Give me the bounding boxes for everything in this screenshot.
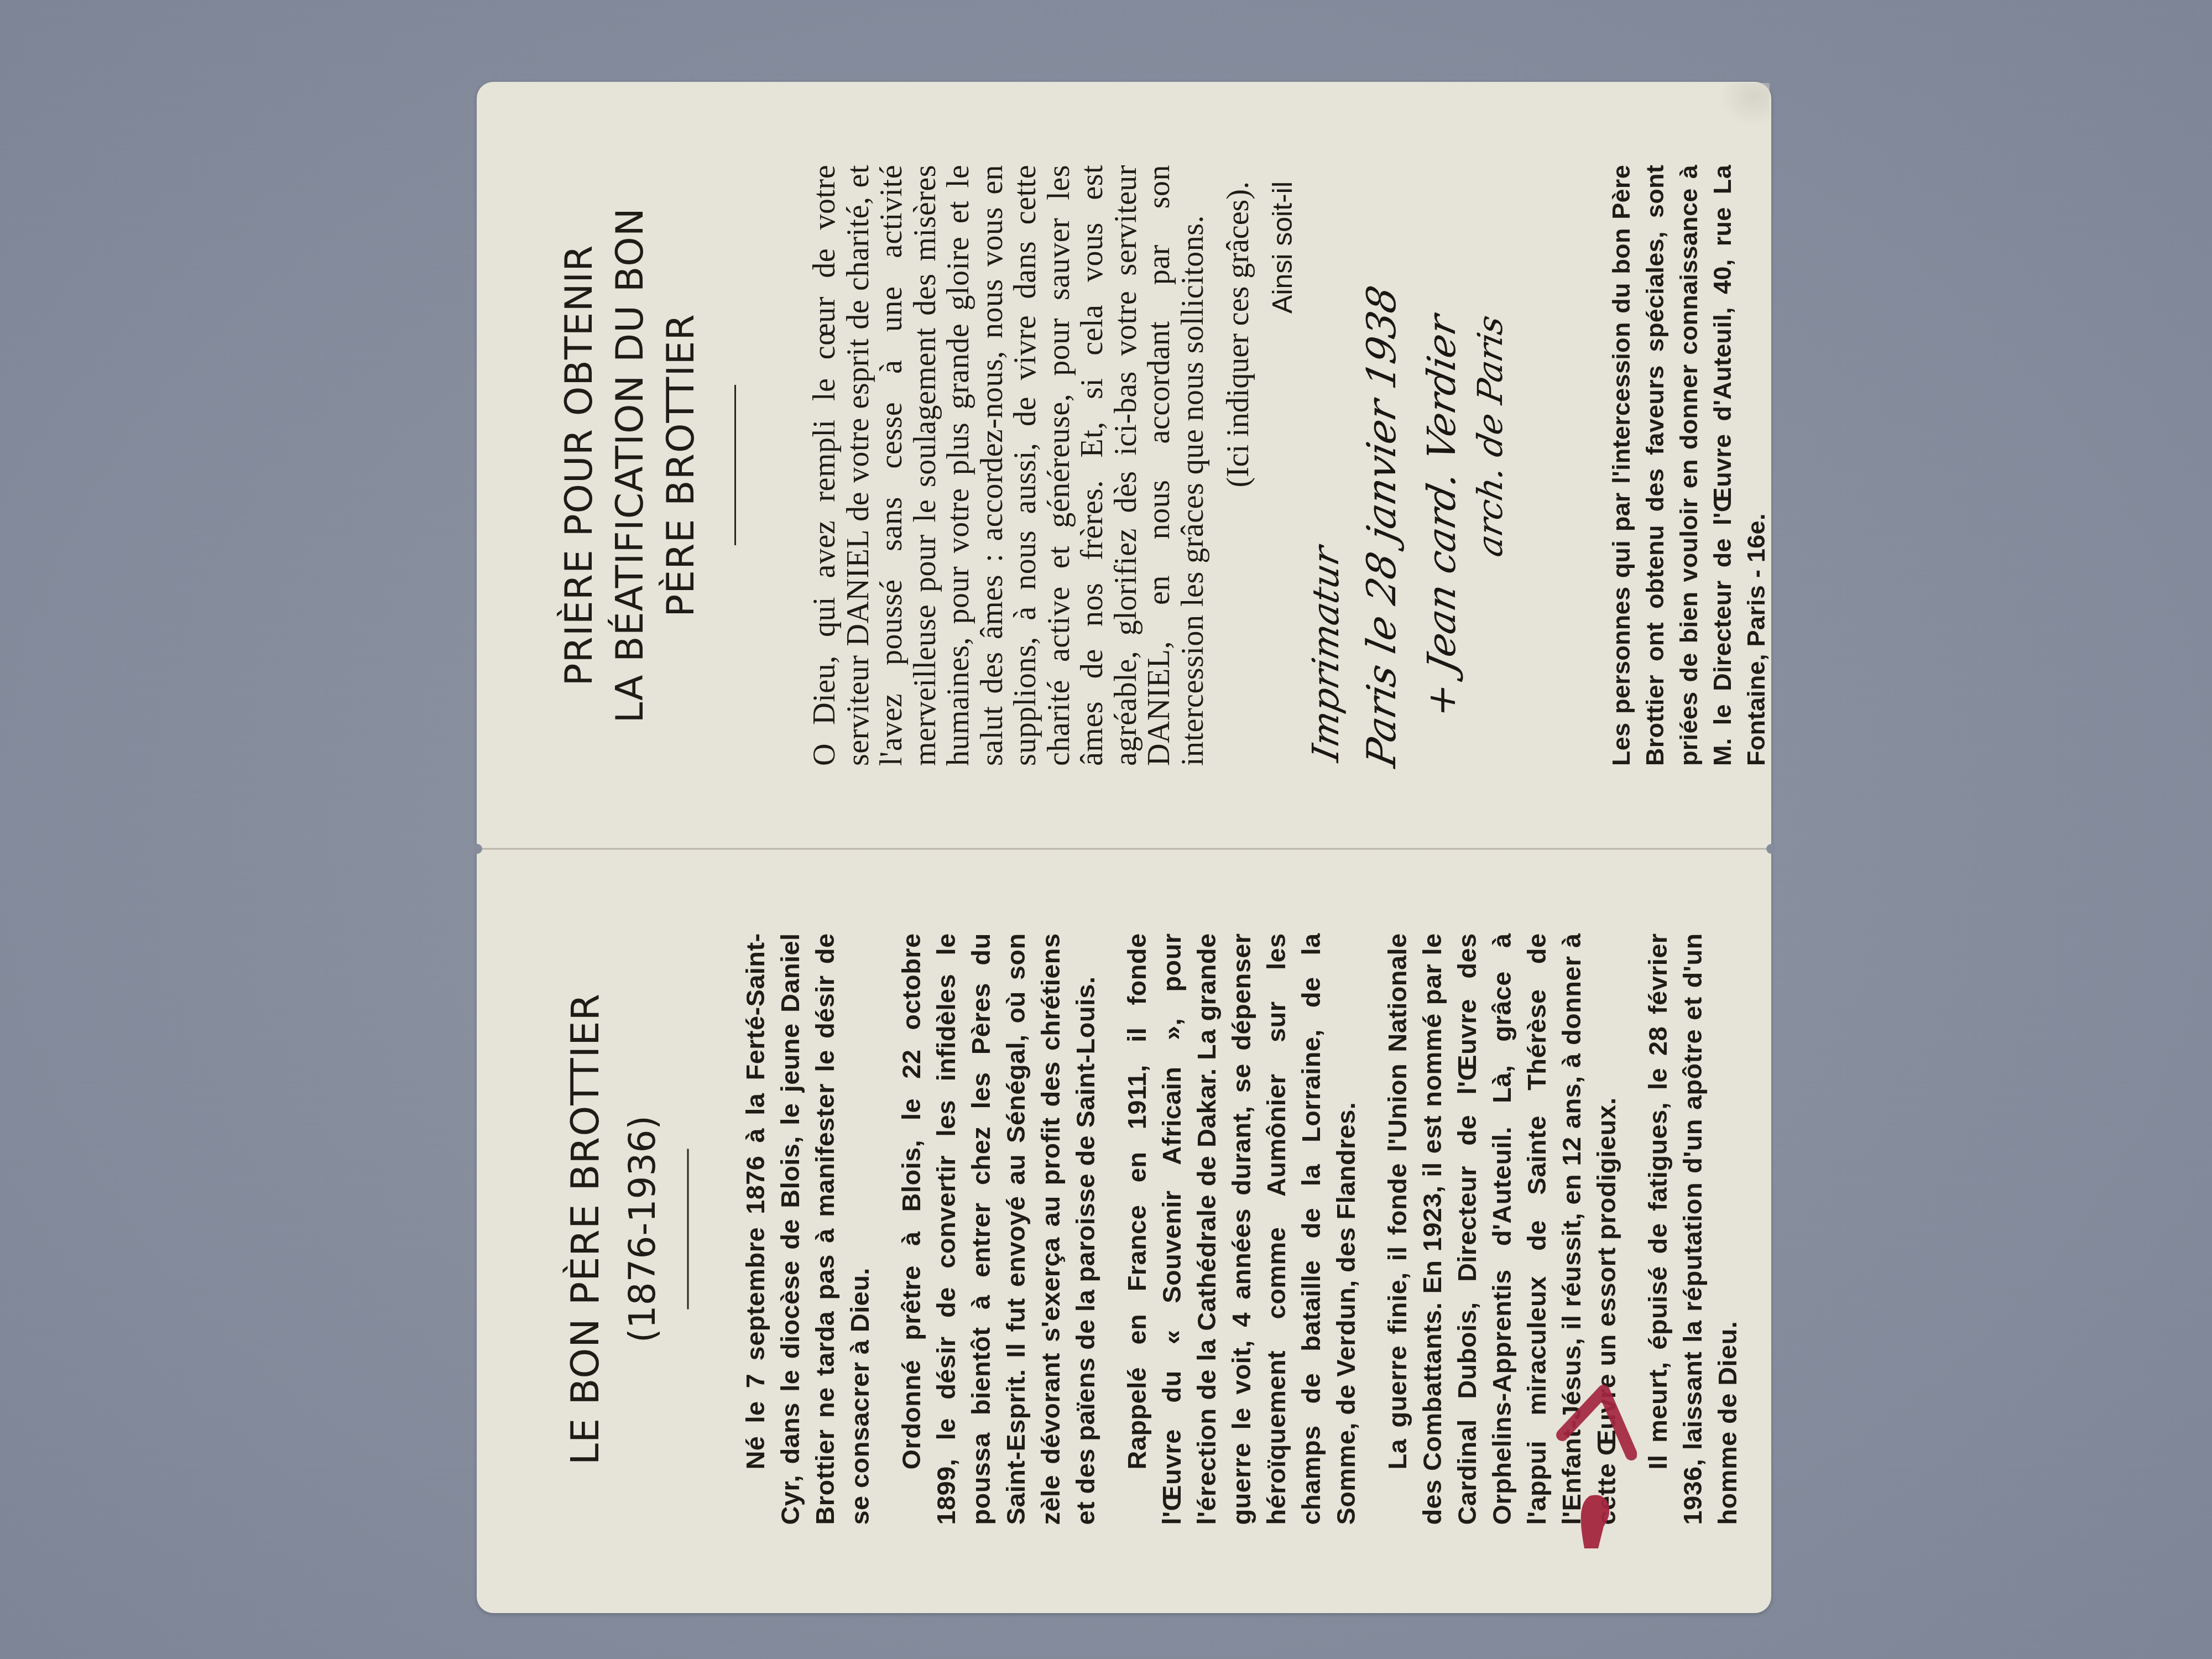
bio-paragraph-3: Rappelé en France en 1911, il fonde l'Œu… (1119, 933, 1363, 1525)
title-divider (734, 385, 736, 546)
bio-paragraph-2: Ordonné prêtre à Blois, le 22 octobre 18… (893, 933, 1102, 1525)
bio-divider (687, 1149, 688, 1309)
imprimatur-line-1: Imprimatur (1305, 160, 1347, 765)
imprimatur-line-3: + Jean card. Verdier (1419, 160, 1464, 721)
intercession-footnote: Les personnes qui par l'intercession du … (1604, 165, 1773, 766)
prayer-text: O Dieu, qui avez rempli le cœur de votre… (808, 165, 1209, 766)
imprimatur-line-2: Paris le 28 janvier 1938 (1358, 160, 1405, 771)
prayer-title-line-3: PÈRE BROTTIER (656, 165, 707, 766)
prayer-amen: Ainsi soit-il (1266, 181, 1299, 766)
imprimatur-line-4: arch. de Paris (1470, 160, 1510, 560)
prayer-note: (Ici indiquer ces grâces). (1222, 181, 1255, 766)
prayer-title-line-1: PRIÈRE POUR OBTENIR (554, 165, 605, 766)
bio-title: LE BON PÈRE BROTTIER (560, 933, 609, 1525)
prayer-panel: PRIÈRE POUR OBTENIR LA BÉATIFICATION DU … (477, 82, 1771, 849)
bio-paragraph-5: Il meurt, épuisé de fatigues, le 28 févr… (1640, 933, 1744, 1525)
red-ink-caret-mark (1537, 1371, 1637, 1559)
prayer-title-line-2: LA BÉATIFICATION DU BON (605, 165, 656, 766)
imprimatur-signature: Imprimatur Paris le 28 janvier 1938 + Je… (1305, 165, 1510, 766)
bio-dates: (1876-1936) (617, 933, 667, 1525)
bio-paragraph-1: Né le 7 septembre 1876 à la Ferté-Saint-… (737, 933, 877, 1525)
